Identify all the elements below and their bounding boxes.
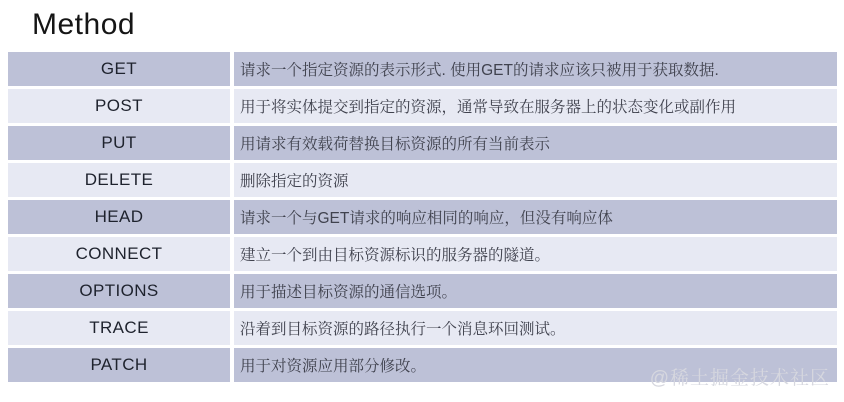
method-cell: POST: [8, 89, 230, 123]
method-cell: HEAD: [8, 200, 230, 234]
description-cell: 用于对资源应用部分修改。: [234, 348, 837, 382]
methods-table: GET 请求一个指定资源的表示形式. 使用GET的请求应该只被用于获取数据. P…: [8, 52, 837, 382]
description-cell: 请求一个指定资源的表示形式. 使用GET的请求应该只被用于获取数据.: [234, 52, 837, 86]
description-cell: 用于描述目标资源的通信选项。: [234, 274, 837, 308]
method-cell: TRACE: [8, 311, 230, 345]
description-cell: 删除指定的资源: [234, 163, 837, 197]
description-cell: 用于将实体提交到指定的资源，通常导致在服务器上的状态变化或副作用: [234, 89, 837, 123]
method-cell: PUT: [8, 126, 230, 160]
method-cell: DELETE: [8, 163, 230, 197]
description-cell: 沿着到目标资源的路径执行一个消息环回测试。: [234, 311, 837, 345]
method-cell: CONNECT: [8, 237, 230, 271]
method-cell: OPTIONS: [8, 274, 230, 308]
method-cell: PATCH: [8, 348, 230, 382]
description-cell: 用请求有效载荷替换目标资源的所有当前表示: [234, 126, 837, 160]
method-cell: GET: [8, 52, 230, 86]
description-cell: 建立一个到由目标资源标识的服务器的隧道。: [234, 237, 837, 271]
page-title: Method: [32, 8, 135, 42]
description-cell: 请求一个与GET请求的响应相同的响应，但没有响应体: [234, 200, 837, 234]
